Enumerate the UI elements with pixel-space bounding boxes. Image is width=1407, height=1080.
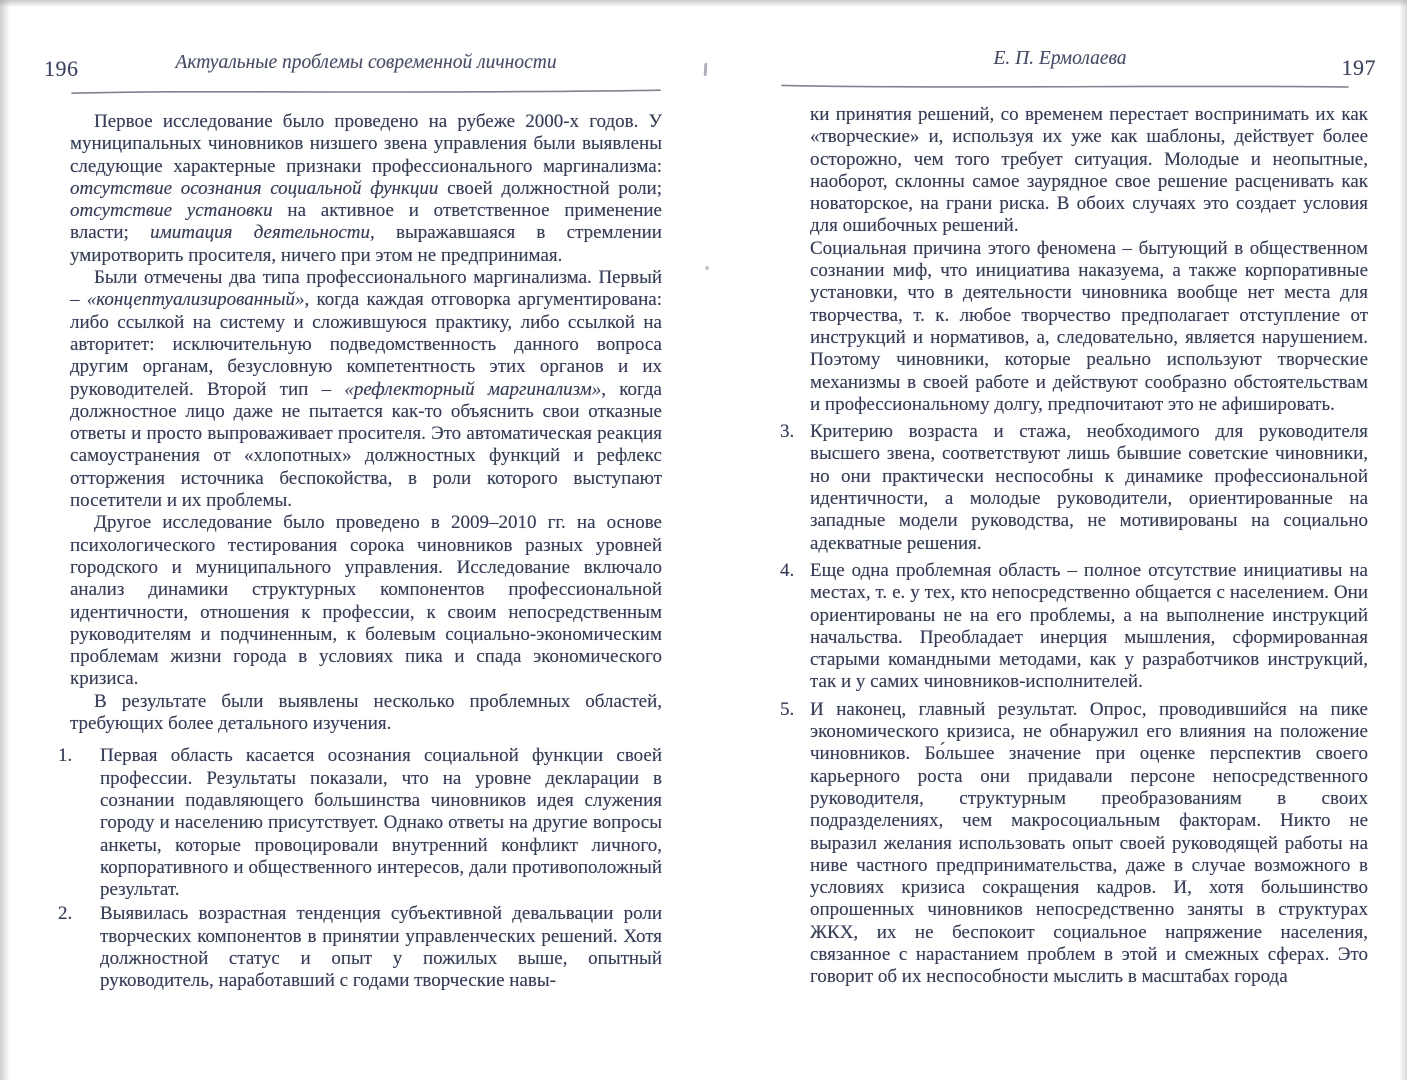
list-item-text: Еще одна проблемная область – полное отс… — [810, 560, 1368, 694]
text-run: И наконец, главный результат. Опрос, про… — [810, 699, 1368, 988]
scan-artifact-gutter — [704, 63, 708, 76]
page-left: 196 Актуальные проблемы современной личн… — [70, 0, 662, 1080]
text-run: Социальная причина этого феномена – быту… — [810, 238, 1368, 415]
text-run: В результате были выявлены несколько про… — [70, 691, 662, 734]
list-number: 3. — [780, 421, 806, 443]
paragraph: Социальная причина этого феномена – быту… — [780, 238, 1368, 416]
running-title-right: Е. П. Ермолаева — [780, 48, 1340, 70]
scan-edge-left — [0, 0, 10, 1080]
list-item: 3.Критерию возраста и стажа, необходимог… — [780, 421, 1368, 555]
scan-artifact-dot — [705, 266, 709, 270]
list-item-text: Критерию возраста и стажа, необходимого … — [810, 421, 1368, 555]
list-item: 4.Еще одна проблемная область – полное о… — [780, 560, 1368, 694]
paragraph: Другое исследование было проведено в 200… — [70, 512, 662, 690]
list-number: 4. — [780, 560, 806, 582]
page-right: Е. П. Ермолаева 197 ки принятия решений,… — [780, 0, 1368, 1080]
text-run: Критерию возраста и стажа, необходимого … — [810, 421, 1368, 553]
text-run: Первое исследование было проведено на ру… — [70, 111, 662, 177]
italic-text-run: отсутствие установки — [70, 200, 273, 221]
paragraph: ки принятия решений, со временем переста… — [780, 104, 1368, 238]
text-run: Выявилась возрастная тенденция субъектив… — [100, 903, 662, 991]
italic-text-run: имитация деятельности — [150, 222, 370, 243]
running-title-left: Актуальные проблемы современной личности — [70, 52, 662, 74]
italic-text-run: отсутствие осознания социальной функции — [70, 178, 438, 199]
header-rule-left — [70, 87, 662, 97]
list-item: 5.И наконец, главный результат. Опрос, п… — [780, 699, 1368, 989]
book-scan: { "left": { "page_number": "196", "runni… — [0, 0, 1407, 1080]
text-run: ки принятия решений, со временем переста… — [810, 104, 1368, 236]
list-item: 2.Выявилась возрастная тенденция субъект… — [70, 903, 662, 992]
list-number: 5. — [780, 699, 806, 721]
page-number-right: 197 — [1342, 55, 1377, 81]
list-item: 1.Первая область касается осознания соци… — [70, 745, 662, 901]
page-right-body: ки принятия решений, со временем переста… — [780, 104, 1368, 989]
text-run: Первая область касается осознания социал… — [100, 745, 662, 900]
paragraph: В результате были выявлены несколько про… — [70, 691, 662, 736]
paragraph: Были отмечены два типа профессионального… — [70, 267, 662, 512]
list-number: 2. — [58, 903, 84, 925]
text-run: Еще одна проблемная область – полное отс… — [810, 560, 1368, 692]
scan-edge-right — [1399, 0, 1407, 1080]
paragraph: Первое исследование было проведено на ру… — [70, 111, 662, 267]
italic-text-run: «концептуализированный» — [87, 289, 305, 310]
text-run: своей должностной роли; — [438, 178, 662, 199]
page-left-body: Первое исследование было проведено на ру… — [70, 111, 662, 993]
list-item-text: Первая область касается осознания социал… — [100, 745, 662, 901]
header-rule-right — [780, 82, 1350, 92]
text-run: Другое исследование было проведено в 200… — [70, 512, 662, 689]
list-number: 1. — [58, 745, 84, 767]
list-item-text: И наконец, главный результат. Опрос, про… — [810, 699, 1368, 989]
italic-text-run: «рефлекторный маргинализм» — [344, 379, 601, 400]
list-item-text: Выявилась возрастная тенденция субъектив… — [100, 903, 662, 992]
